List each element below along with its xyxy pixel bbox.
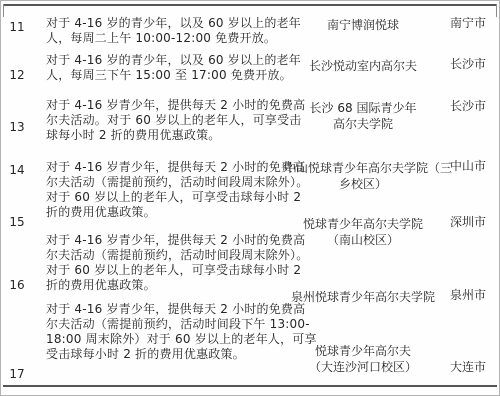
row-number: 13 (3, 121, 31, 134)
row-number: 12 (3, 69, 31, 82)
venue-line: 长沙 68 国际青少年 (284, 100, 442, 116)
city-cell: 泉州市 (439, 289, 497, 302)
description-cell: 对于 4-16 岁的青少年，以及 60 岁以上的老年人，每周三下午 15:00 … (46, 53, 298, 83)
row-number: 16 (3, 279, 31, 292)
row-number: 15 (3, 216, 31, 229)
description-line: 球每小时 2 折的费用优惠政策。 (46, 128, 298, 143)
description-line: 对于 4-16 岁的青少年，以及 60 岁以上的老年 (46, 53, 298, 68)
venue-line: 乡校区） (284, 176, 442, 192)
venue-cell: 南宁博润悦球 (284, 17, 442, 33)
description-line: 尔夫活动。对于 60 岁以上的老年人，可享受击 (46, 113, 298, 128)
row-number: 14 (3, 164, 31, 177)
venue-cell: 泉州悦球青少年高尔夫学院 (284, 289, 442, 305)
description-line: 对于 4-16 岁青少年，提供每天 2 小时的免费高 (46, 160, 298, 175)
description-line: 尔夫活动（需提前预约，活动时间段下午 13:00- (46, 317, 298, 332)
description-cell: 对于 4-16 岁青少年，提供每天 2 小时的免费高尔夫活动。对于 60 岁以上… (46, 98, 298, 143)
description-line: 尔夫活动（需提前预约，活动时间段周末除外）。 (46, 248, 298, 263)
venue-line: 高尔夫学院 (284, 116, 442, 132)
description-line: 18:00 周末除外）对于 60 岁以上的老年人，可享 (46, 332, 298, 347)
row-number: 17 (3, 368, 31, 381)
venue-line: 悦球青少年高尔夫 (284, 343, 442, 359)
description-cell: 对于 4-16 岁青少年，提供每天 2 小时的免费高尔夫活动（需提前预约，活动时… (46, 302, 298, 362)
description-line: 对于 60 岁以上的老年人，可享受击球每小时 2 (46, 190, 298, 205)
city-cell: 南宁市 (439, 17, 497, 30)
description-line: 折的费用优惠政策。 (46, 278, 298, 293)
venue-line: 泉州悦球青少年高尔夫学院 (284, 289, 442, 305)
city-cell: 长沙市 (439, 100, 497, 113)
description-cell: 对于 4-16 岁青少年，提供每天 2 小时的免费高尔夫活动（需提前预约，活动时… (46, 233, 298, 293)
description-cell: 对于 4-16 岁青少年，提供每天 2 小时的免费高尔夫活动（需提前预约，活动时… (46, 160, 298, 220)
venue-cell: 长沙悦动室内高尔夫 (284, 58, 442, 74)
table-bottom-border (3, 385, 497, 387)
row-number: 11 (3, 21, 31, 34)
venue-line: （南山校区） (284, 232, 442, 248)
left-edge-tick (3, 4, 4, 17)
venue-line: 中山悦球青少年高尔夫学院（三 (284, 160, 442, 176)
description-line: 受击球每小时 2 折的费用优惠政策。 (46, 347, 298, 362)
description-line: 人，每周二上午 10:00-12:00 免费开放。 (46, 31, 298, 46)
description-line: 对于 4-16 岁青少年，提供每天 2 小时的免费高 (46, 233, 298, 248)
description-line: 折的费用优惠政策。 (46, 205, 298, 220)
venue-line: 悦球青少年高尔夫学院 (284, 216, 442, 232)
city-cell: 大连市 (439, 361, 497, 374)
description-line: 尔夫活动（需提前预约，活动时间段周末除外）。 (46, 175, 298, 190)
venue-cell: 悦球青少年高尔夫（大连沙河口校区） (284, 343, 442, 375)
city-cell: 中山市 (439, 160, 497, 173)
description-line: 对于 4-16 岁青少年，提供每天 2 小时的免费高 (46, 302, 298, 317)
venue-line: 长沙悦动室内高尔夫 (284, 58, 442, 74)
city-cell: 长沙市 (439, 58, 497, 71)
golf-benefits-table: 11对于 4-16 岁的青少年，以及 60 岁以上的老年人，每周二上午 10:0… (0, 0, 500, 396)
venue-line: （大连沙河口校区） (284, 359, 442, 375)
description-line: 人，每周三下午 15:00 至 17:00 免费开放。 (46, 68, 298, 83)
venue-line: 南宁博润悦球 (284, 17, 442, 33)
description-line: 对于 4-16 岁青少年，提供每天 2 小时的免费高 (46, 98, 298, 113)
right-edge-tick (496, 4, 497, 17)
table-top-border (3, 4, 497, 6)
venue-cell: 悦球青少年高尔夫学院（南山校区） (284, 216, 442, 248)
description-cell: 对于 4-16 岁的青少年，以及 60 岁以上的老年人，每周二上午 10:00-… (46, 16, 298, 46)
city-cell: 深圳市 (439, 216, 497, 229)
description-line: 对于 4-16 岁的青少年，以及 60 岁以上的老年 (46, 16, 298, 31)
description-line: 对于 60 岁以上的老年人，可享受击球每小时 2 (46, 263, 298, 278)
venue-cell: 长沙 68 国际青少年高尔夫学院 (284, 100, 442, 132)
venue-cell: 中山悦球青少年高尔夫学院（三乡校区） (284, 160, 442, 192)
